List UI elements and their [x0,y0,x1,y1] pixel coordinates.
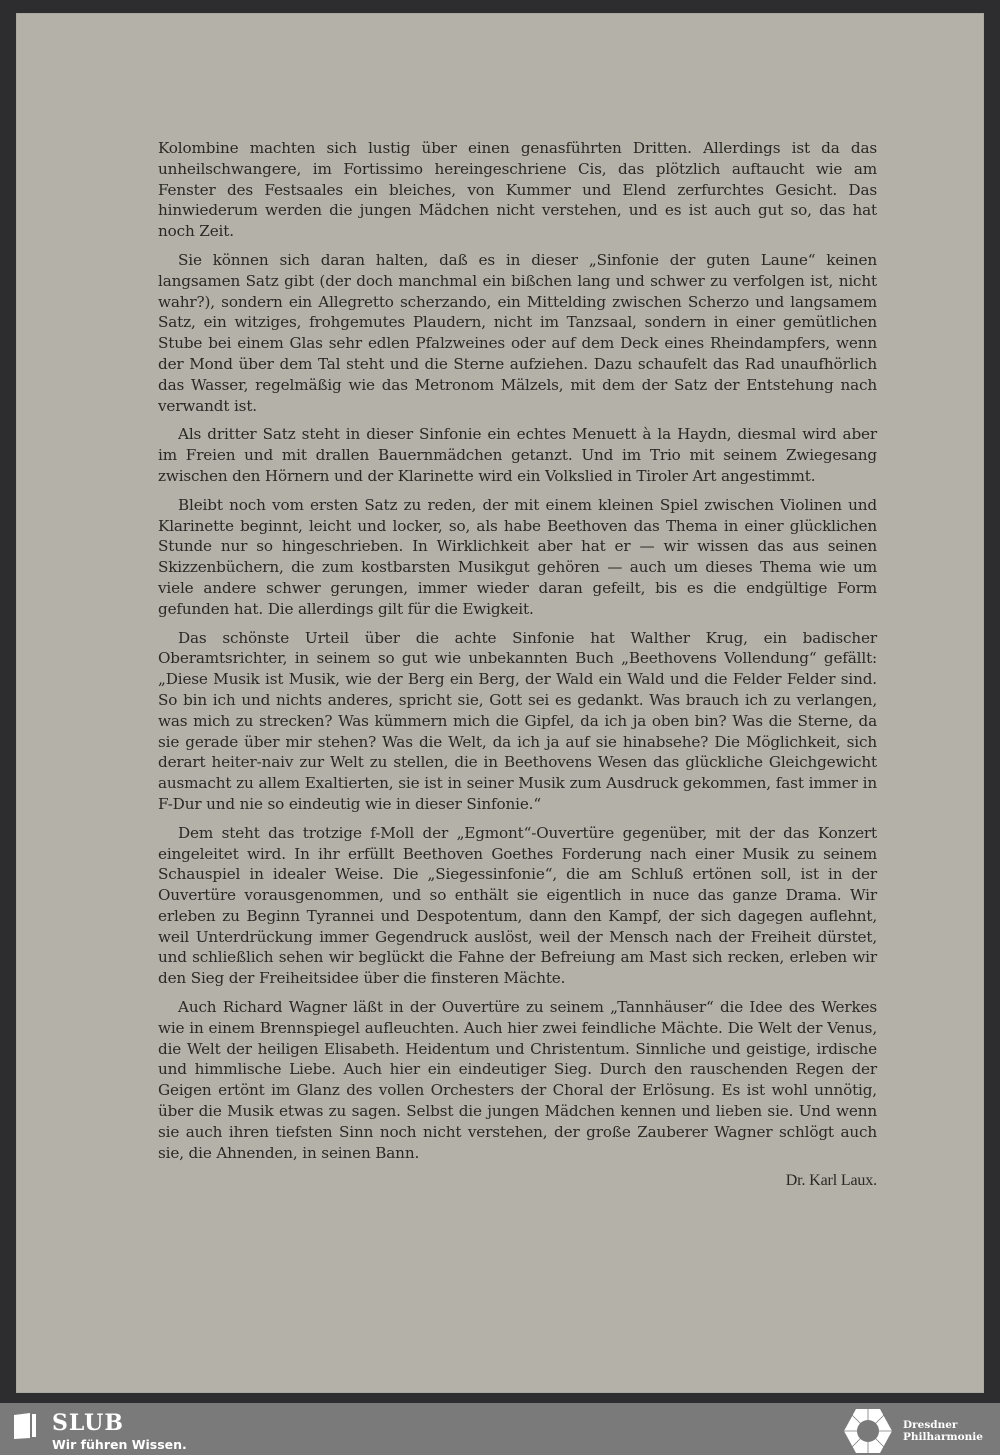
author-signature: Dr. Karl Laux. [158,1171,877,1192]
paragraph: Sie können sich daran halten, daß es in … [158,250,877,416]
document-text: Kolombine machten sich lustig über einen… [158,138,877,1192]
paragraph: Dem steht das trotzige f-Moll der „Egmon… [158,823,877,989]
paragraph: Kolombine machten sich lustig über einen… [158,138,877,242]
paragraph: Bleibt noch vom ersten Satz zu reden, de… [158,495,877,620]
slub-title: SLUB [52,1410,124,1436]
paragraph: Als dritter Satz steht in dieser Sinfoni… [158,424,877,486]
paragraph: Das schönste Urteil über die achte Sinfo… [158,628,877,815]
philharmonie-name: Dresdner Philharmonie [903,1419,983,1443]
dresdner-philharmonie-sun-icon [842,1407,894,1455]
paragraph: Auch Richard Wagner läßt in der Ouvertür… [158,997,877,1163]
slub-book-icon [12,1412,42,1440]
slub-tagline: Wir führen Wissen. [52,1437,187,1452]
footer-bar: SLUB Wir führen Wissen. Dresdner Philhar… [0,1403,1000,1455]
